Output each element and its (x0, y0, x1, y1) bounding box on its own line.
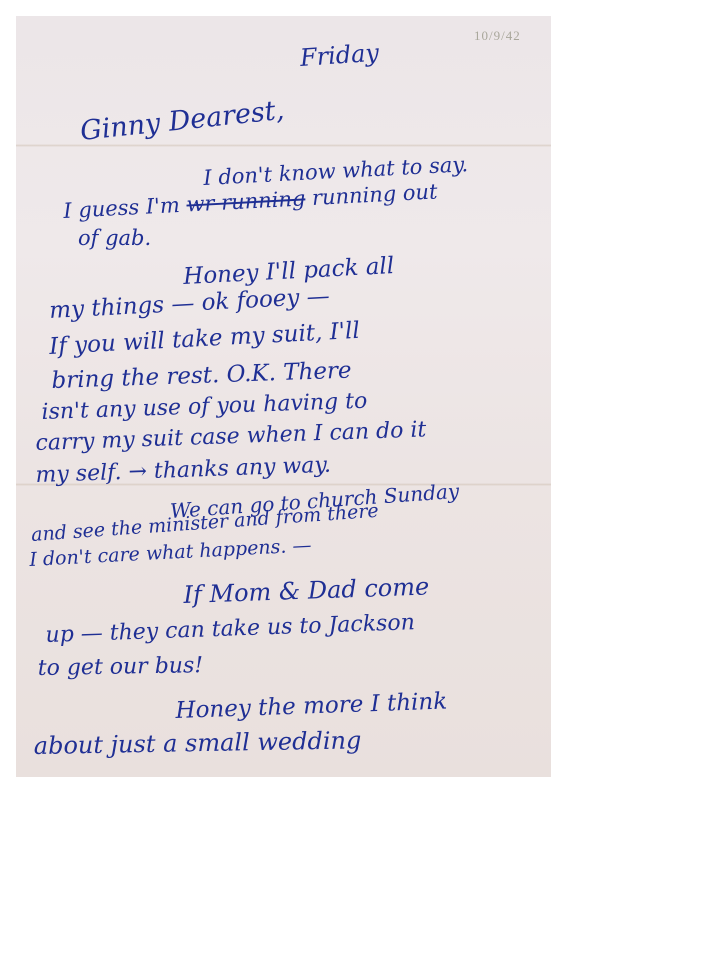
letter-line: bring the rest. O.K. There (51, 358, 352, 394)
letter-page: 10/9/42 Friday Ginny Dearest, I don't kn… (16, 16, 551, 777)
letter-line: If you will take my suit, I'll (49, 318, 361, 360)
letter-line: of gab. (78, 226, 151, 250)
letter-line: If Mom & Dad come (183, 572, 430, 609)
letter-line: about just a small wedding (34, 726, 362, 760)
struck-out-text: wr running (186, 186, 306, 216)
line-text: running out (305, 179, 438, 210)
salutation: Ginny Dearest, (79, 95, 286, 147)
letter-day: Friday (299, 39, 380, 72)
letter-line: Honey the more I think (175, 689, 447, 724)
letter-line: to get our bus! (38, 653, 204, 681)
date-stamp: 10/9/42 (474, 28, 521, 44)
letter-line: isn't any use of you having to (41, 389, 368, 425)
letter-line: up — they can take us to Jackson (45, 610, 415, 648)
line-text: I guess I'm (63, 193, 187, 223)
